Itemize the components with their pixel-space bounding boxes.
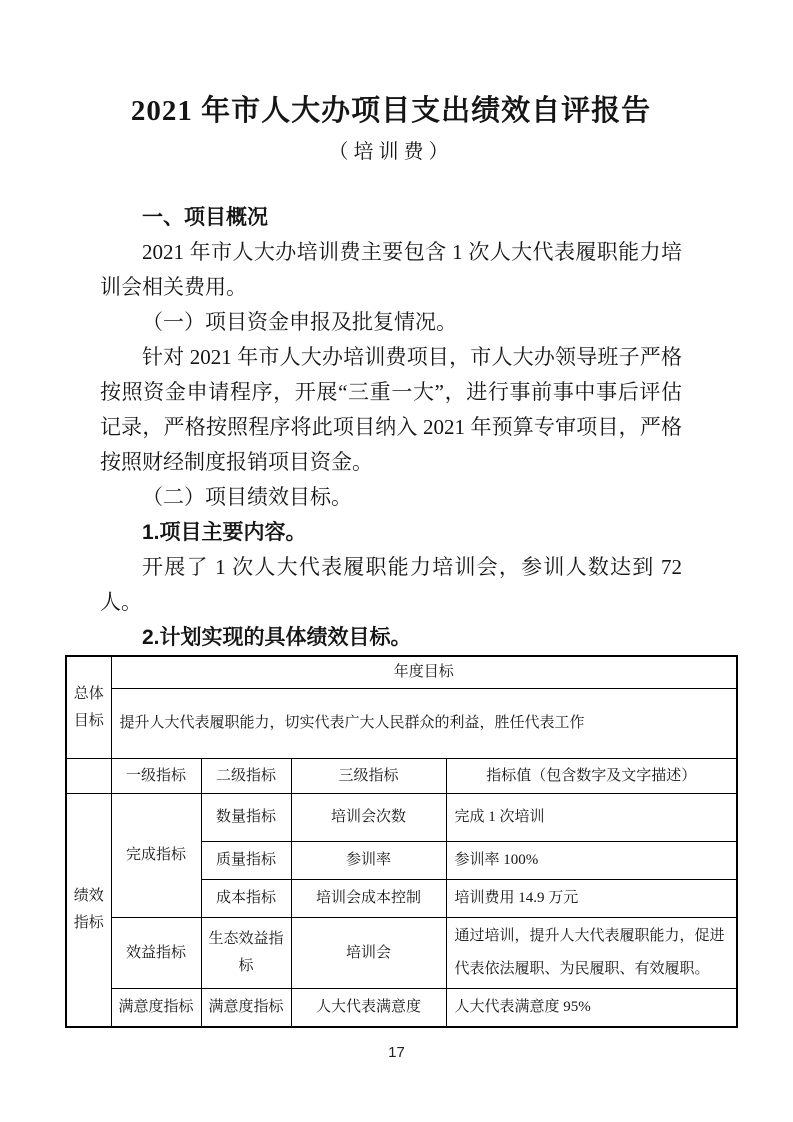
cell-level2-eco-benefit: 生态效益指标 <box>201 918 291 989</box>
cell-value-participation: 参训率 100% <box>446 842 737 880</box>
empty-corner-cell <box>66 759 111 794</box>
cell-level1-completion: 完成指标 <box>111 794 201 918</box>
performance-label: 绩效指标 <box>66 794 111 1028</box>
paragraph-funding-title: （一）项目资金申报及批复情况。 <box>100 305 682 340</box>
cell-level1-benefit: 效益指标 <box>111 918 201 989</box>
paragraph-main-content: 开展了 1 次人大代表履职能力培训会，参训人数达到 72 人。 <box>100 550 682 620</box>
cell-level2-quality: 质量指标 <box>201 842 291 880</box>
cell-level3-satisfaction: 人大代表满意度 <box>291 989 446 1028</box>
cell-level3-cost-control: 培训会成本控制 <box>291 880 446 918</box>
overall-goal-label: 总体目标 <box>66 656 111 759</box>
document-title: 2021 年市人大办项目支出绩效自评报告 <box>100 0 682 129</box>
col-header-level1: 一级指标 <box>111 759 201 794</box>
cell-level3-participation: 参训率 <box>291 842 446 880</box>
cell-level3-training: 培训会 <box>291 918 446 989</box>
cell-level2-quantity: 数量指标 <box>201 794 291 842</box>
paragraph-intro: 2021 年市人大办培训费主要包含 1 次人大代表履职能力培训会相关费用。 <box>100 235 682 305</box>
document-body: 一、项目概况 2021 年市人大办培训费主要包含 1 次人大代表履职能力培训会相… <box>100 200 682 655</box>
table-row: 满意度指标 满意度指标 人大代表满意度 人大代表满意度 95% <box>66 989 737 1028</box>
table-row: 一级指标 二级指标 三级指标 指标值（包含数字及文字描述） <box>66 759 737 794</box>
document-subtitle: （培训费） <box>100 138 682 166</box>
page-number: 17 <box>0 1044 793 1061</box>
heading-main-content: 1.项目主要内容。 <box>100 515 682 550</box>
cell-level2-satisfaction: 满意度指标 <box>201 989 291 1028</box>
annual-goal-header: 年度目标 <box>111 656 737 689</box>
paragraph-goal-title: （二）项目绩效目标。 <box>100 480 682 515</box>
col-header-level2: 二级指标 <box>201 759 291 794</box>
cell-value-sessions: 完成 1 次培训 <box>446 794 737 842</box>
section-heading-overview: 一、项目概况 <box>100 200 682 235</box>
table-row: 绩效指标 完成指标 数量指标 培训会次数 完成 1 次培训 <box>66 794 737 842</box>
col-header-level3: 三级指标 <box>291 759 446 794</box>
cell-value-satisfaction: 人大代表满意度 95% <box>446 989 737 1028</box>
performance-goals-table: 总体目标 年度目标 提升人大代表履职能力，切实代表广大人民群众的利益，胜任代表工… <box>65 655 738 1028</box>
cell-level1-satisfaction: 满意度指标 <box>111 989 201 1028</box>
paragraph-funding: 针对 2021 年市人大办培训费项目，市人大办领导班子严格按照资金申请程序，开展… <box>100 340 682 480</box>
cell-value-benefit: 通过培训，提升人大代表履职能力，促进代表依法履职、为民履职、有效履职。 <box>446 918 737 989</box>
document-page: 2021 年市人大办项目支出绩效自评报告 （培训费） 一、项目概况 2021 年… <box>0 0 793 1122</box>
table-row: 效益指标 生态效益指标 培训会 通过培训，提升人大代表履职能力，促进代表依法履职… <box>66 918 737 989</box>
heading-performance-goals: 2.计划实现的具体绩效目标。 <box>100 620 682 655</box>
cell-level2-cost: 成本指标 <box>201 880 291 918</box>
table-row: 提升人大代表履职能力，切实代表广大人民群众的利益，胜任代表工作 <box>66 689 737 759</box>
cell-level3-sessions: 培训会次数 <box>291 794 446 842</box>
table-row: 总体目标 年度目标 <box>66 656 737 689</box>
col-header-value: 指标值（包含数字及文字描述） <box>446 759 737 794</box>
cell-value-cost: 培训费用 14.9 万元 <box>446 880 737 918</box>
annual-goal-text: 提升人大代表履职能力，切实代表广大人民群众的利益，胜任代表工作 <box>111 689 737 759</box>
